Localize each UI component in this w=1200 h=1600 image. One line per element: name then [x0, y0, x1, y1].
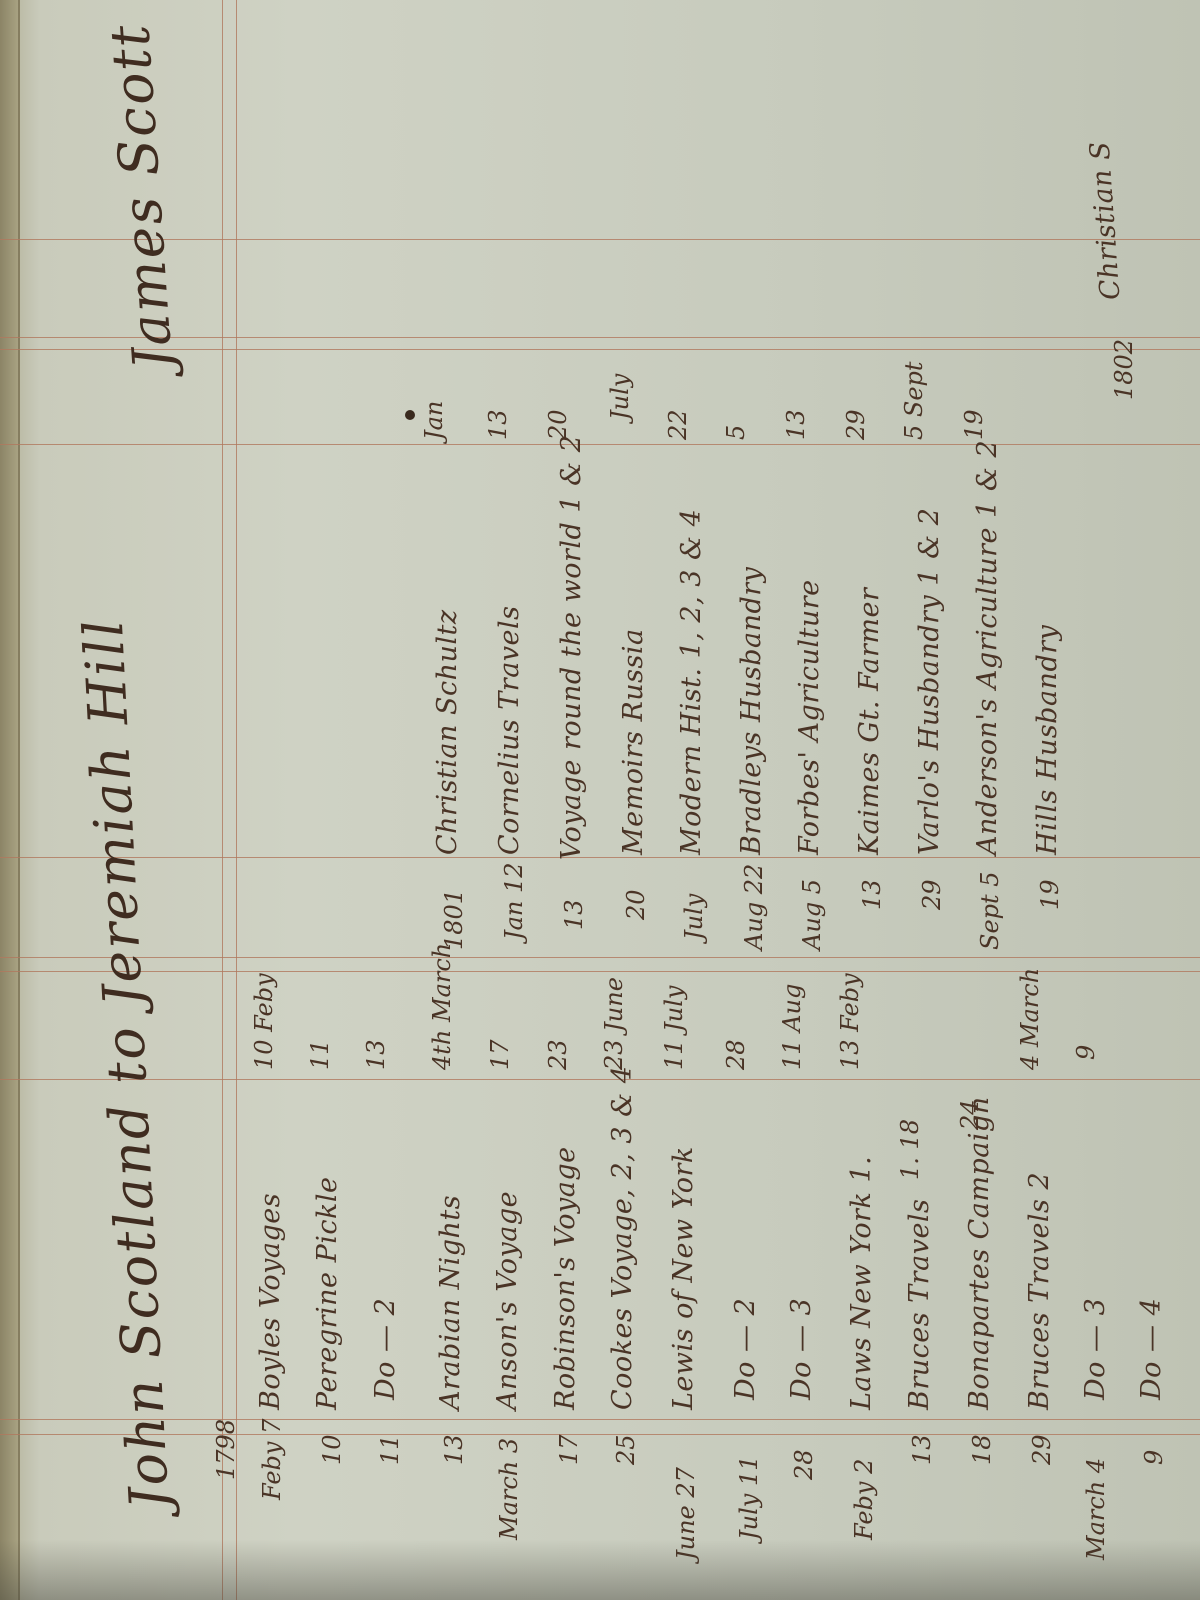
entry-date: July: [680, 894, 708, 940]
header-rule-1: [222, 0, 223, 1600]
entry-title: Boyles Voyages: [255, 1193, 286, 1410]
entry-title: Cornelius Travels: [494, 605, 525, 855]
entry-returned: 19: [960, 409, 988, 440]
entry-returned: 13: [362, 1039, 390, 1070]
entry-date: 18: [968, 1434, 996, 1465]
entry-date: 25: [612, 1434, 640, 1465]
entry-returned: Jan: [420, 401, 448, 440]
entry-date: 10: [318, 1434, 346, 1465]
entry-title: Do — 2: [370, 1298, 401, 1400]
middle-return-rule: [0, 444, 1200, 445]
header-rule-2: [236, 0, 237, 1600]
entry-returned: 17: [486, 1039, 514, 1070]
entry-title: Voyage round the world 1 & 2: [556, 435, 587, 860]
right-page-subheading: Christian S: [1084, 140, 1126, 301]
entry-returned: 24: [956, 1099, 984, 1130]
entry-returned: 13: [484, 409, 512, 440]
entry-returned: 9: [1072, 1045, 1100, 1060]
date-column-rule-1: [0, 1434, 1200, 1435]
entry-returned: 1. 18: [896, 1119, 924, 1180]
entry-title: Laws New York 1.: [846, 1156, 877, 1410]
entry-title: Bradleys Husbandry: [736, 567, 767, 855]
entry-returned: 29: [842, 409, 870, 440]
right-page-rule-3: [0, 239, 1200, 240]
entry-returned: 4th March: [428, 943, 456, 1070]
entry-title: Cookes Voyage, 2, 3 & 4: [607, 1066, 638, 1410]
entry-date: Aug 5: [798, 879, 826, 950]
entry-date: 13: [908, 1434, 936, 1465]
entry-returned: July: [606, 374, 634, 420]
page-split-rule-2: [0, 957, 1200, 958]
entry-title: Bruces Travels: [904, 1199, 935, 1410]
entry-date: 20: [622, 889, 650, 920]
entry-date: 13: [440, 1434, 468, 1465]
entry-returned: 28: [722, 1039, 750, 1070]
entry-returned: 4 March: [1016, 968, 1044, 1070]
return-column-rule: [0, 1079, 1200, 1080]
entry-title: Lewis of New York: [668, 1146, 699, 1410]
entry-date: 1801: [440, 889, 468, 950]
entry-date: 29: [1028, 1434, 1056, 1465]
entry-title: Kaimes Gt. Farmer: [854, 588, 885, 855]
ledger-photograph: John Scotland to Jeremiah Hill James Sco…: [0, 0, 1200, 1600]
ledger-page: John Scotland to Jeremiah Hill James Sco…: [0, 0, 1200, 1600]
entry-date: 29: [918, 879, 946, 910]
entry-date: 11: [376, 1434, 404, 1465]
entry-title: Christian Schultz: [432, 609, 463, 855]
entry-date: 9: [1140, 1450, 1168, 1465]
entry-returned: 20: [544, 409, 572, 440]
entry-date: 28: [790, 1449, 818, 1480]
entry-title: Do — 3: [786, 1298, 817, 1400]
entry-date: July 11: [735, 1456, 763, 1540]
ink-blot: [405, 410, 415, 420]
entry-date: March 4: [1082, 1458, 1110, 1560]
middle-date-rule: [0, 857, 1200, 858]
entry-date: March 3: [495, 1438, 523, 1540]
entry-returned: 23: [544, 1039, 572, 1070]
entry-title: Do — 2: [730, 1298, 761, 1400]
entry-title: Anson's Voyage: [492, 1191, 523, 1410]
date-column-rule-2: [0, 1419, 1200, 1420]
entry-returned: 5: [722, 425, 750, 440]
entry-returned: 22: [664, 409, 692, 440]
entry-date: Feby 2: [850, 1459, 878, 1540]
entry-title: Varlo's Husbandry 1 & 2: [914, 508, 945, 855]
entry-title: Do — 3: [1080, 1298, 1111, 1400]
entry-title: Hills Husbandry: [1032, 625, 1063, 855]
entry-date: 17: [555, 1434, 583, 1465]
entry-returned: 23 June: [600, 977, 628, 1070]
entry-title: Bruces Travels 2: [1024, 1172, 1055, 1410]
entry-date: Jan 12: [500, 862, 528, 940]
entry-title: Anderson's Agriculture 1 & 2: [972, 440, 1003, 855]
entry-date: Aug 22: [740, 864, 768, 950]
entry-title: Robinson's Voyage: [550, 1146, 581, 1410]
entry-date: 13: [858, 879, 886, 910]
entry-title: Modern Hist. 1, 2, 3 & 4: [676, 509, 707, 855]
entry-title: Do — 4: [1136, 1298, 1167, 1400]
entry-returned: 10 Feby: [250, 973, 278, 1070]
entry-title: Bonapartes Campaign: [964, 1096, 995, 1410]
entry-title: Memoirs Russia: [618, 628, 649, 855]
entry-title: Peregrine Pickle: [312, 1177, 343, 1411]
entry-date: June 27: [672, 1467, 700, 1560]
right-page-year: 1802: [1110, 339, 1138, 400]
entry-returned: 5 Sept: [900, 361, 928, 440]
entry-returned: 13: [782, 409, 810, 440]
entry-title: Arabian Nights: [435, 1195, 466, 1410]
entry-returned: 11 July: [660, 986, 688, 1070]
entry-date: Feby 7: [258, 1419, 286, 1500]
right-page-heading: James Scott: [98, 21, 185, 372]
entry-returned: 11: [306, 1039, 334, 1070]
entry-date: 13: [560, 899, 588, 930]
year-label: 1798: [212, 1419, 240, 1480]
entry-date: 19: [1036, 879, 1064, 910]
entry-returned: 13 Feby: [836, 973, 864, 1070]
entry-returned: 11 Aug: [778, 984, 806, 1070]
entry-title: Forbes' Agriculture: [794, 579, 825, 855]
entry-date: Sept 5: [976, 871, 1004, 950]
left-page-heading: John Scotland to Jeremiah Hill: [72, 616, 182, 1511]
